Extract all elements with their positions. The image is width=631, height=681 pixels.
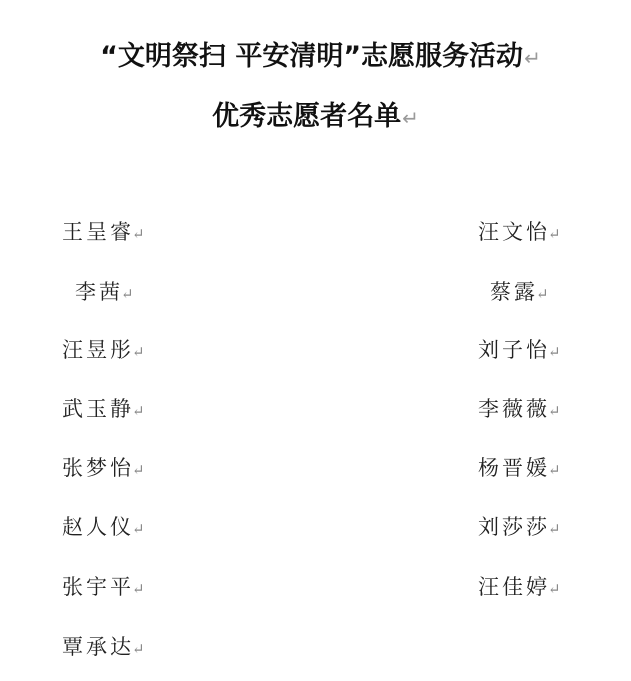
volunteer-name: 王呈睿↵ [62, 220, 145, 246]
paragraph-mark-icon: ↵ [132, 520, 145, 538]
paragraph-mark-icon: ↵ [548, 580, 561, 598]
name-text: 汪文怡 [478, 220, 550, 244]
volunteer-name: 杨晋媛↵ [478, 456, 561, 482]
paragraph-mark-icon: ↵ [548, 343, 561, 361]
volunteer-name: 汪文怡↵ [478, 220, 561, 246]
name-text: 李薇薇 [478, 397, 550, 421]
volunteer-name: 覃承达↵ [62, 635, 145, 661]
paragraph-mark-icon: ↵ [536, 285, 549, 303]
paragraph-mark-icon: ↵ [524, 46, 541, 70]
name-text: 张梦怡 [62, 456, 134, 480]
paragraph-mark-icon: ↵ [132, 225, 145, 243]
volunteer-name: 张宇平↵ [62, 575, 145, 601]
volunteer-name: 汪昱彤↵ [62, 338, 145, 364]
name-text: 武玉静 [62, 397, 134, 421]
paragraph-mark-icon: ↵ [132, 580, 145, 598]
paragraph-mark-icon: ↵ [548, 402, 561, 420]
name-text: 覃承达 [62, 635, 134, 659]
paragraph-mark-icon: ↵ [548, 461, 561, 479]
paragraph-mark-icon: ↵ [402, 106, 419, 130]
paragraph-mark-icon: ↵ [548, 520, 561, 538]
paragraph-mark-icon: ↵ [132, 640, 145, 658]
name-text: 刘莎莎 [478, 515, 550, 539]
document-title-line-2: 优秀志愿者名单↵ [0, 94, 631, 133]
name-text: 蔡露 [490, 280, 538, 304]
name-text: 张宇平 [62, 575, 134, 599]
volunteer-name: 武玉静↵ [62, 397, 145, 423]
title-text: “文明祭扫 平安清明”志愿服务活动 [100, 41, 523, 72]
paragraph-mark-icon: ↵ [132, 461, 145, 479]
paragraph-mark-icon: ↵ [132, 343, 145, 361]
volunteer-name: 蔡露↵ [490, 280, 549, 306]
paragraph-mark-icon: ↵ [121, 285, 134, 303]
volunteer-name: 李茜↵ [75, 280, 134, 306]
name-text: 汪佳婷 [478, 575, 550, 599]
document-title-line-1: “文明祭扫 平安清明”志愿服务活动↵ [0, 34, 631, 73]
subtitle-text: 优秀志愿者名单 [212, 101, 401, 132]
name-text: 汪昱彤 [62, 338, 134, 362]
paragraph-mark-icon: ↵ [132, 402, 145, 420]
volunteer-name: 赵人仪↵ [62, 515, 145, 541]
volunteer-name: 刘子怡↵ [478, 338, 561, 364]
name-text: 刘子怡 [478, 338, 550, 362]
name-text: 王呈睿 [62, 220, 134, 244]
volunteer-name: 张梦怡↵ [62, 456, 145, 482]
volunteer-name: 汪佳婷↵ [478, 575, 561, 601]
name-text: 李茜 [75, 280, 123, 304]
name-text: 赵人仪 [62, 515, 134, 539]
volunteer-name: 刘莎莎↵ [478, 515, 561, 541]
paragraph-mark-icon: ↵ [548, 225, 561, 243]
name-text: 杨晋媛 [478, 456, 550, 480]
volunteer-name: 李薇薇↵ [478, 397, 561, 423]
